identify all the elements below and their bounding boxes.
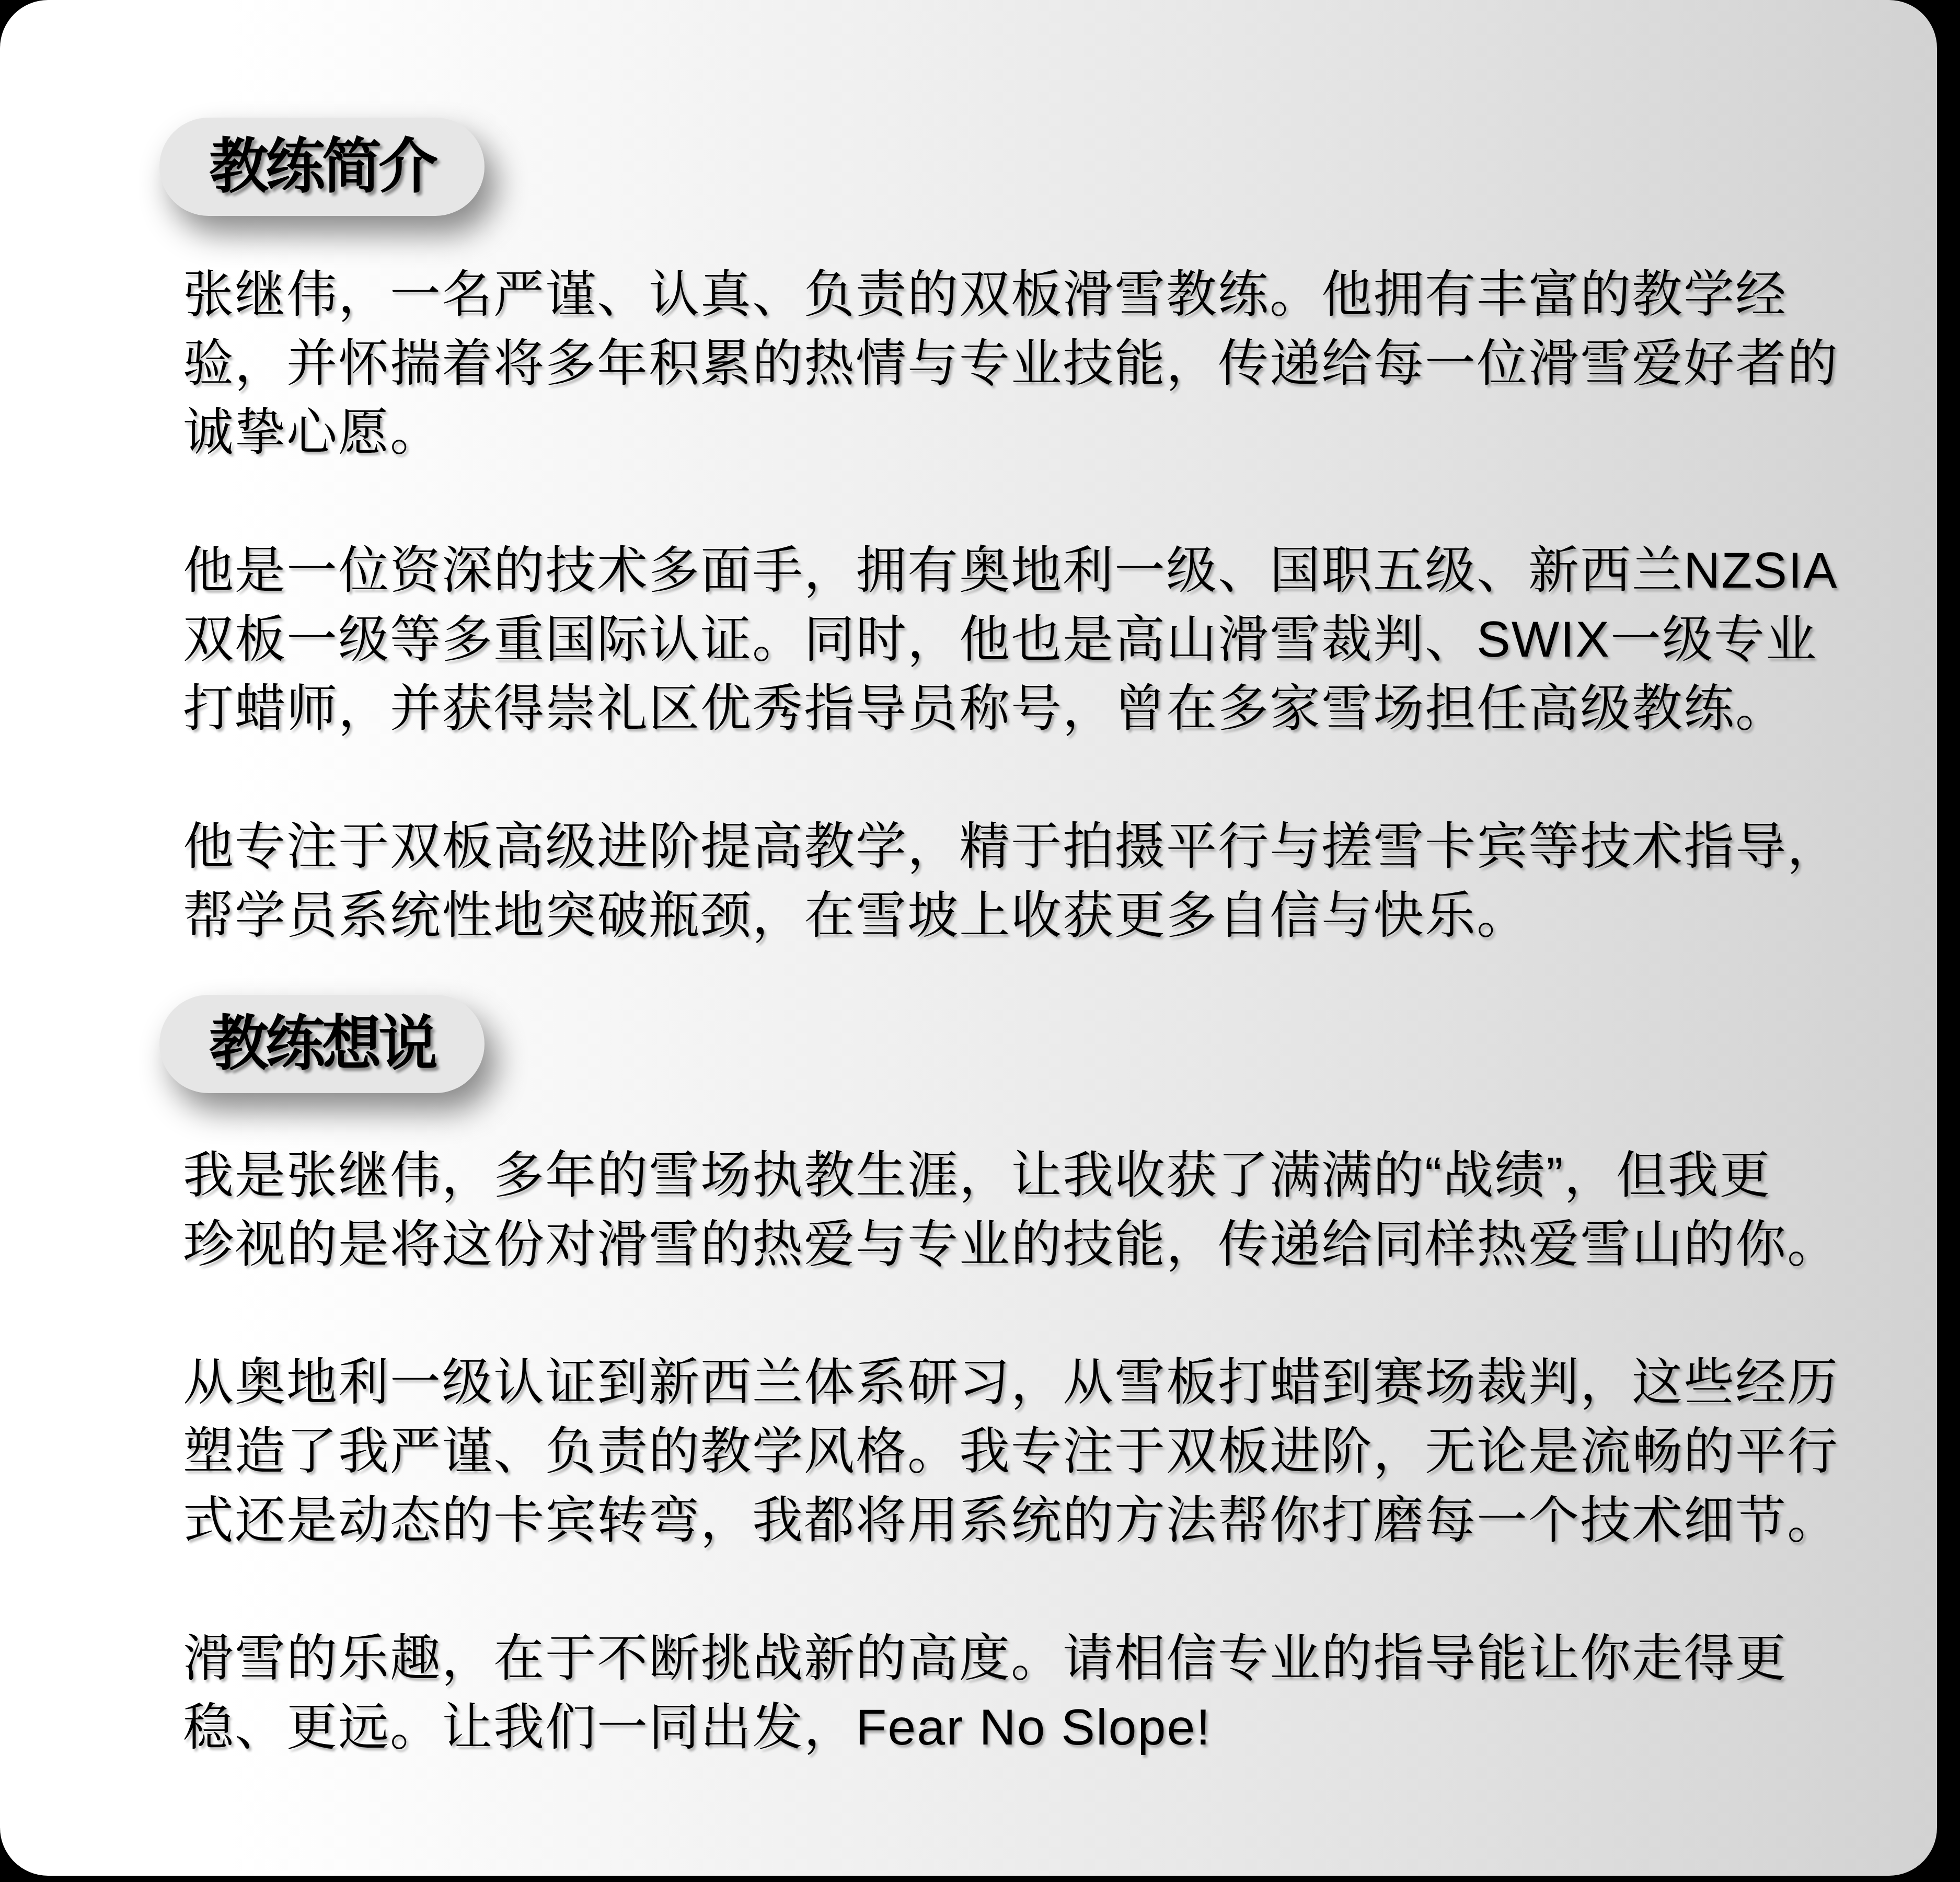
coach-intro-badge-row: 教练简介 (159, 118, 1937, 216)
text-line: 张继伟，一名严谨、认真、负责的双板滑雪教练。他拥有丰富的教学经 (183, 260, 1937, 329)
text-line: 帮学员系统性地突破瓶颈，在雪坡上收获更多自信与快乐。 (183, 881, 1937, 950)
text-line: 稳、更远。让我们一同出发，Fear No Slope! (183, 1693, 1937, 1762)
text-line: 他专注于双板高级进阶提高教学，精于拍摄平行与搓雪卡宾等技术指导， (183, 812, 1937, 881)
text-line: 诚挚心愿。 (183, 398, 1937, 467)
text-line: 塑造了我严谨、负责的教学风格。我专注于双板进阶，无论是流畅的平行 (183, 1417, 1937, 1486)
coach-message-badge: 教练想说 (159, 995, 485, 1093)
intro-paragraph-3: 他专注于双板高级进阶提高教学，精于拍摄平行与搓雪卡宾等技术指导， 帮学员系统性地… (183, 812, 1937, 950)
message-paragraph-3: 滑雪的乐趣，在于不断挑战新的高度。请相信专业的指导能让你走得更 稳、更远。让我们… (183, 1624, 1937, 1762)
text-line: 滑雪的乐趣，在于不断挑战新的高度。请相信专业的指导能让你走得更 (183, 1624, 1937, 1693)
text-line: 双板一级等多重国际认证。同时，他也是高山滑雪裁判、SWIX一级专业 (183, 605, 1937, 674)
coach-intro-badge: 教练简介 (159, 118, 485, 216)
page-background: { "page": { "background_color": "#000000… (0, 0, 1960, 1882)
intro-paragraph-1: 张继伟，一名严谨、认真、负责的双板滑雪教练。他拥有丰富的教学经 验，并怀揣着将多… (183, 260, 1937, 467)
text-line: 打蜡师，并获得崇礼区优秀指导员称号，曾在多家雪场担任高级教练。 (183, 674, 1937, 743)
text-line: 我是张继伟，多年的雪场执教生涯，让我收获了满满的“战绩”，但我更 (183, 1141, 1937, 1210)
profile-card: 教练简介 张继伟，一名严谨、认真、负责的双板滑雪教练。他拥有丰富的教学经 验，并… (0, 0, 1937, 1876)
message-paragraph-2: 从奥地利一级认证到新西兰体系研习，从雪板打蜡到赛场裁判，这些经历 塑造了我严谨、… (183, 1348, 1937, 1555)
intro-paragraph-2: 他是一位资深的技术多面手，拥有奥地利一级、国职五级、新西兰NZSIA 双板一级等… (183, 536, 1937, 743)
text-line: 从奥地利一级认证到新西兰体系研习，从雪板打蜡到赛场裁判，这些经历 (183, 1348, 1937, 1417)
message-paragraph-1: 我是张继伟，多年的雪场执教生涯，让我收获了满满的“战绩”，但我更 珍视的是将这份… (183, 1141, 1937, 1279)
text-line: 式还是动态的卡宾转弯，我都将用系统的方法帮你打磨每一个技术细节。 (183, 1486, 1937, 1555)
text-line: 珍视的是将这份对滑雪的热爱与专业的技能，传递给同样热爱雪山的你。 (183, 1210, 1937, 1279)
text-line: 验，并怀揣着将多年积累的热情与专业技能，传递给每一位滑雪爱好者的 (183, 329, 1937, 398)
text-line: 他是一位资深的技术多面手，拥有奥地利一级、国职五级、新西兰NZSIA (183, 536, 1937, 605)
coach-message-badge-row: 教练想说 (159, 995, 1937, 1093)
